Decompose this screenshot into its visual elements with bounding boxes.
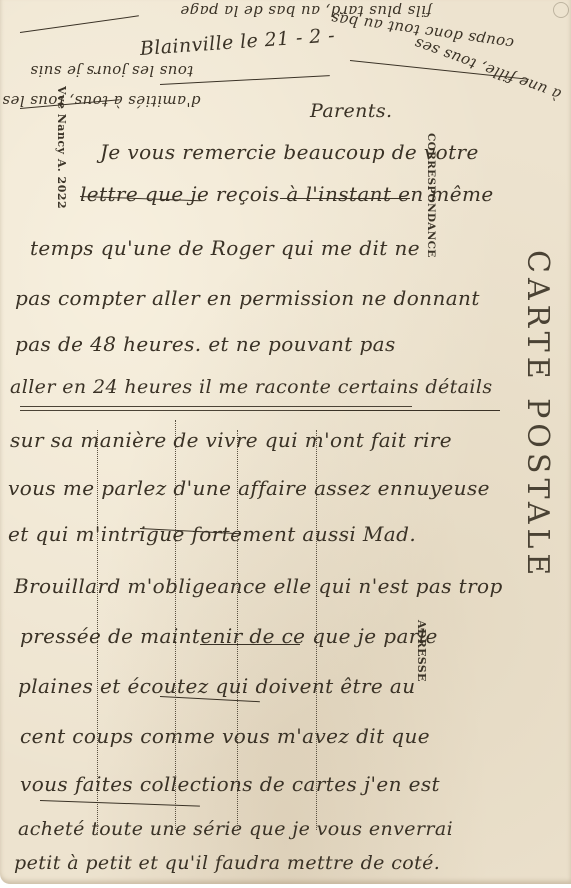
postcard-back: CARTE POSTALE CORRESPONDANCE ADRESSE Vve… (0, 0, 571, 884)
letter-line: petit à petit et qu'il faudra mettre de … (14, 852, 440, 874)
letter-line: sur sa manière de vivre qui m'ont fait r… (10, 428, 452, 452)
corner-stamp-mark (553, 2, 569, 18)
pen-stroke (20, 15, 139, 33)
pen-stroke (300, 410, 500, 411)
letter-line: pas compter aller en permission ne donna… (15, 286, 480, 310)
place-date: Blainville le 21 - 2 - (139, 24, 335, 60)
letter-line: aller en 24 heures il me raconte certain… (10, 376, 492, 398)
greeting: Parents. (310, 100, 392, 122)
letter-line: vous faites collections de cartes j'en e… (20, 772, 440, 796)
letter-line: Brouillard m'obligeance elle qui n'est p… (14, 574, 503, 598)
letter-line: acheté toute une série que je vous enver… (18, 818, 453, 840)
pen-stroke (200, 644, 300, 645)
letter-line: vous me parlez d'une affaire assez ennuy… (8, 476, 490, 500)
letter-line: pas de 48 heures. et ne pouvant pas (15, 332, 396, 356)
letter-line: lettre que je reçois à l'instant en même (80, 182, 494, 206)
letter-line: et qui m'intrigue fortement aussi Mad. (8, 522, 416, 546)
letter-line: plaines et écoutez qui doivent être au (18, 674, 416, 698)
upside-down-note: tous les jours je suis (30, 62, 193, 80)
letter-line: temps qu'une de Roger qui me dit ne (30, 236, 420, 260)
postcard-title: CARTE POSTALE (520, 250, 555, 580)
divider-rule (20, 406, 412, 407)
letter-line: Je vous remercie beaucoup de votre (100, 140, 479, 164)
letter-line: cent coups comme vous m'avez dit que (20, 724, 430, 748)
pen-stroke (280, 198, 410, 199)
